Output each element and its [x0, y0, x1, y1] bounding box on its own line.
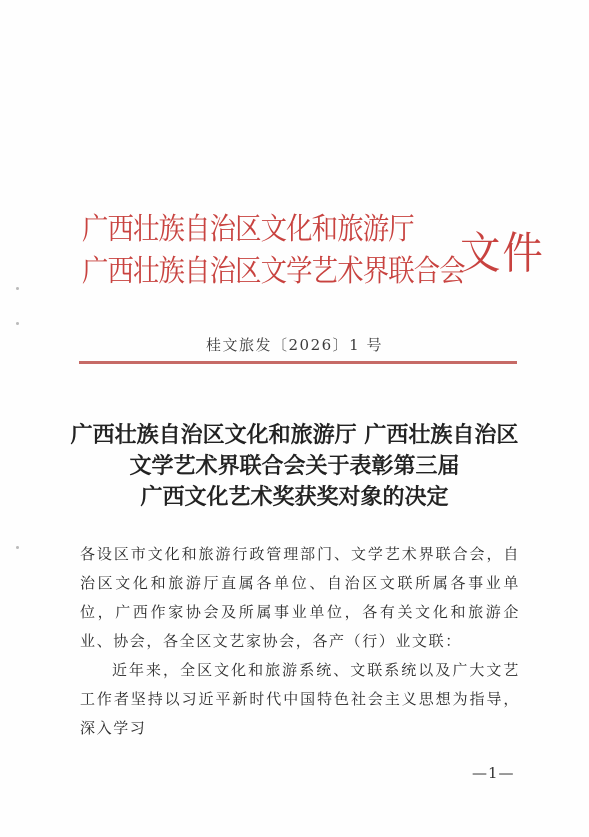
- title-line: 广西文化艺术奖获奖对象的决定: [60, 482, 529, 513]
- margin-speck: [16, 546, 19, 549]
- red-divider: [79, 361, 517, 364]
- page-number: —1—: [472, 764, 515, 782]
- issuing-org-2: 广西壮族自治区文学艺术界联合会: [82, 254, 465, 290]
- body-paragraph: 近年来，全区文化和旅游系统、文联系统以及广大文艺工作者坚持以习近平新时代中国特色…: [80, 656, 520, 743]
- recipients-paragraph: 各设区市文化和旅游行政管理部门、文学艺术界联合会，自治区文化和旅游厅直属各单位、…: [80, 540, 520, 656]
- document-header: 广西壮族自治区文化和旅游厅 广西壮族自治区文学艺术界联合会 文件: [82, 212, 522, 307]
- margin-speck: [16, 287, 19, 290]
- title-line: 文学艺术界联合会关于表彰第三届: [60, 451, 529, 482]
- document-number: 桂文旅发〔2026〕1 号: [0, 334, 589, 355]
- document-type: 文件: [460, 226, 545, 282]
- document-body: 各设区市文化和旅游行政管理部门、文学艺术界联合会，自治区文化和旅游厅直属各单位、…: [80, 540, 520, 743]
- document-title: 广西壮族自治区文化和旅游厅 广西壮族自治区 文学艺术界联合会关于表彰第三届 广西…: [60, 420, 529, 513]
- title-line: 广西壮族自治区文化和旅游厅 广西壮族自治区: [60, 420, 529, 451]
- margin-speck: [16, 322, 19, 325]
- document-page: 广西壮族自治区文化和旅游厅 广西壮族自治区文学艺术界联合会 文件 桂文旅发〔20…: [0, 0, 589, 837]
- issuing-org-1: 广西壮族自治区文化和旅游厅: [82, 212, 414, 248]
